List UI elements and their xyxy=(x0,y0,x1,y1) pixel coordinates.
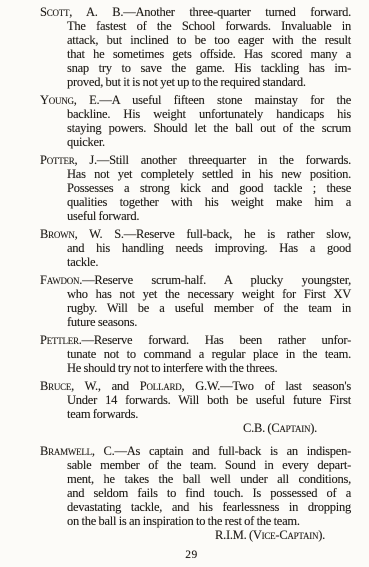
signature-vice-captain: R.I.M. (Vice-Captain). xyxy=(40,528,351,542)
entry-line: Has not yet completely settled in his ne… xyxy=(40,167,351,181)
entry-line: sable member of the team. Sound in every… xyxy=(40,458,351,472)
entry-line: staying powers. Should let the ball out … xyxy=(40,121,351,135)
entry-text: —Reserve scrum-half. A plucky youngster, xyxy=(82,273,351,287)
entry-line: ment, he takes the ball well under all c… xyxy=(40,472,351,486)
player-name: Brown, W. S. xyxy=(40,227,124,241)
entry-text: —Reserve forward. Has been rather unfor- xyxy=(82,333,351,347)
entry-line: Fawdon.—Reserve scrum-half. A plucky you… xyxy=(40,273,351,287)
player-name: Potter, J. xyxy=(40,153,97,167)
entry-line: rugby. Will be a useful member of the te… xyxy=(40,301,351,315)
entry-line: proved, but it is not yet up to the requ… xyxy=(40,75,351,89)
page-number: 29 xyxy=(40,549,343,561)
entry-line: devastating tackle, and his fearlessness… xyxy=(40,500,351,514)
entry-line: Pettler.—Reserve forward. Has been rathe… xyxy=(40,333,351,347)
player-entry-pettler: Pettler.—Reserve forward. Has been rathe… xyxy=(40,333,351,375)
entry-line: attack, but inclined to be too eager wit… xyxy=(40,33,351,47)
entry-line: and seldom fails to find touch. Is posse… xyxy=(40,486,351,500)
entry-line: quicker. xyxy=(40,135,351,149)
player-entry-bruce-pollard: Bruce, W., and Pollard, G.W.—Two of last… xyxy=(40,379,351,435)
player-name: Pollard, G.W. xyxy=(140,379,220,393)
entry-text: and xyxy=(101,379,140,393)
entry-line: and his handling needs improving. Has a … xyxy=(40,241,351,255)
player-name: Bramwell, C. xyxy=(40,444,115,458)
player-name: Bruce, W., xyxy=(40,379,101,393)
signature-initials: C.B. xyxy=(243,421,267,435)
entry-text: —Reserve full-back, he is rather slow, xyxy=(124,227,351,241)
player-entry-fawdon: Fawdon.—Reserve scrum-half. A plucky you… xyxy=(40,273,351,329)
entry-text: —Another three-quarter turned forward. xyxy=(123,5,351,19)
entry-line: Under 14 forwards. Will both be useful f… xyxy=(40,393,351,407)
entry-line: snap try to save the game. His tackling … xyxy=(40,61,351,75)
entry-line: tunate not to command a regular place in… xyxy=(40,347,351,361)
entry-line: that he sometimes gets offside. Has scor… xyxy=(40,47,351,61)
signature-role: (Captain). xyxy=(267,421,317,435)
entry-line: Potter, J.—Still another threequarter in… xyxy=(40,153,351,167)
entry-line: Scott, A. B.—Another three-quarter turne… xyxy=(40,5,351,19)
player-entry-brown: Brown, W. S.—Reserve full-back, he is ra… xyxy=(40,227,351,269)
entry-line: Bruce, W., and Pollard, G.W.—Two of last… xyxy=(40,379,351,393)
entry-line: qualities together with his weight make … xyxy=(40,195,351,209)
entry-text: —As captain and full-back is an indispen… xyxy=(115,444,352,458)
player-name: Fawdon. xyxy=(40,273,82,287)
entry-text: —Still another threequarter in the forwa… xyxy=(97,153,351,167)
entry-line: tackle. xyxy=(40,255,351,269)
player-entry-potter: Potter, J.—Still another threequarter in… xyxy=(40,153,351,223)
signature-initials: R.I.M. xyxy=(215,528,249,542)
player-name: Pettler. xyxy=(40,333,82,347)
player-entry-young: Young, E.—A useful fifteen stone mainsta… xyxy=(40,93,351,149)
entry-line: useful forward. xyxy=(40,209,351,223)
signature-role: (Vice-Captain). xyxy=(249,528,325,542)
entry-line: backline. His weight unfortunately handi… xyxy=(40,107,351,121)
entry-text: —A useful fifteen stone mainstay for the xyxy=(99,93,351,107)
entry-line: who has not yet the necessary weight for… xyxy=(40,287,351,301)
player-entry-bramwell: Bramwell, C.—As captain and full-back is… xyxy=(40,444,351,542)
entry-line: He should try not to interfere with the … xyxy=(40,361,351,375)
player-name: Young, E. xyxy=(40,93,99,107)
entry-line: Possesses a strong kick and good tackle … xyxy=(40,181,351,195)
player-entry-scott: Scott, A. B.—Another three-quarter turne… xyxy=(40,5,351,89)
entry-line: Young, E.—A useful fifteen stone mainsta… xyxy=(40,93,351,107)
player-name: Scott, A. B. xyxy=(40,5,123,19)
entry-text: —Two of last season's xyxy=(220,379,351,393)
entry-line: The fastest of the School forwards. Inva… xyxy=(40,19,351,33)
entry-line: future seasons. xyxy=(40,315,351,329)
entry-line: team forwards. xyxy=(40,407,351,421)
entry-line: on the ball is an inspiration to the res… xyxy=(40,514,351,528)
entry-line: Bramwell, C.—As captain and full-back is… xyxy=(40,444,351,458)
scanned-book-page: Scott, A. B.—Another three-quarter turne… xyxy=(0,0,369,567)
entry-line: Brown, W. S.—Reserve full-back, he is ra… xyxy=(40,227,351,241)
text-block: Scott, A. B.—Another three-quarter turne… xyxy=(40,5,351,546)
signature-captain: C.B. (Captain). xyxy=(40,421,351,435)
